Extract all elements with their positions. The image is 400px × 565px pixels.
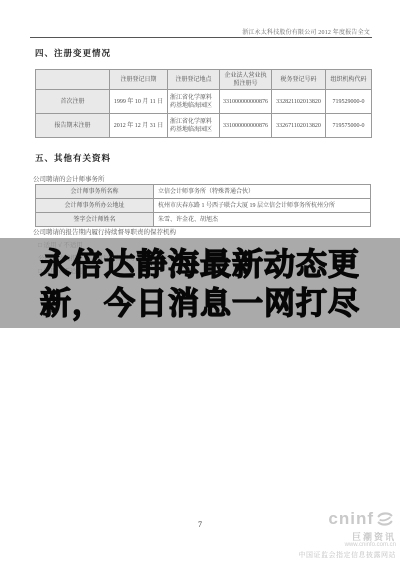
table-row: 首次注册 1999 年 10 月 11 日 浙江省化学原料药基地临海园区 331…: [36, 90, 372, 114]
column-header: 税务登记号码: [272, 70, 326, 90]
column-header: 注册登记日期: [110, 70, 168, 90]
table-cell: 1999 年 10 月 11 日: [110, 90, 168, 114]
banner-headline-line2: 新，今日消息一网打尽: [0, 285, 400, 323]
table-cell: 719529000-0: [326, 90, 372, 114]
row-label: 报告期末注册: [36, 114, 110, 138]
section5-title: 五、其他有关资料: [35, 152, 111, 164]
banner-headline-line1: 永倍达静海最新动态更: [0, 246, 400, 284]
cninfo-url: www.cninfo.com.cn: [345, 542, 396, 548]
section4-title: 四、注册变更情况: [35, 47, 111, 59]
cninfo-brand-text: cninf: [328, 509, 374, 529]
table-cell: 朱雪、许金花、胡旭杰: [154, 213, 371, 227]
row-label: 会计师事务所办公地址: [36, 199, 154, 213]
swirl-globe-icon: [376, 510, 394, 528]
column-header: 组织机构代码: [326, 70, 372, 90]
accounting-firm-label: 公司聘请的会计师事务所: [33, 174, 105, 183]
overlay-banner: □ 适用 √ 不适用 公司聘请的报告期内履行持续督导职责的财务顾问 □ 适用 √…: [0, 238, 400, 328]
table-header-row: 注册登记日期 注册登记地点 企业法人营业执照注册号 税务登记号码 组织机构代码: [36, 70, 372, 90]
cninfo-tagline: 中国证监会指定信息披露网站: [299, 550, 397, 560]
table-cell: 332671102013820: [272, 114, 326, 138]
sponsor-label: 公司聘请的报告期内履行持续督导职责的保荐机构: [33, 227, 176, 236]
table-row: 会计师事务所名称 立信会计师事务所（特殊普通合伙）: [36, 185, 371, 199]
table-cell: 719575000-0: [326, 114, 372, 138]
column-header: [36, 70, 110, 90]
table-cell: 332821102013820: [272, 90, 326, 114]
table-row: 会计师事务所办公地址 杭州市庆春东路 1 号西子联合大厦 19 层立信会计师事务…: [36, 199, 371, 213]
document-header: 浙江永太科技股份有限公司 2012 年度报告全文: [0, 27, 370, 36]
table-cell: 2012 年 12 月 31 日: [110, 114, 168, 138]
table-cell: 立信会计师事务所（特殊普通合伙）: [154, 185, 371, 199]
cninfo-watermark: cninf: [328, 509, 394, 529]
row-label: 签字会计师姓名: [36, 213, 154, 227]
table-cell: 331000000000876: [220, 114, 272, 138]
table-cell: 浙江省化学原料药基地临海园区: [168, 114, 220, 138]
accounting-firm-table: 会计师事务所名称 立信会计师事务所（特殊普通合伙） 会计师事务所办公地址 杭州市…: [35, 184, 371, 227]
column-header: 企业法人营业执照注册号: [220, 70, 272, 90]
table-row: 报告期末注册 2012 年 12 月 31 日 浙江省化学原料药基地临海园区 3…: [36, 114, 372, 138]
table-row: 签字会计师姓名 朱雪、许金花、胡旭杰: [36, 213, 371, 227]
table-cell: 杭州市庆春东路 1 号西子联合大厦 19 层立信会计师事务所杭州分所: [154, 199, 371, 213]
column-header: 注册登记地点: [168, 70, 220, 90]
table-cell: 331000000000876: [220, 90, 272, 114]
row-label: 会计师事务所名称: [36, 185, 154, 199]
registration-change-table: 注册登记日期 注册登记地点 企业法人营业执照注册号 税务登记号码 组织机构代码 …: [35, 69, 372, 138]
row-label: 首次注册: [36, 90, 110, 114]
table-cell: 浙江省化学原料药基地临海园区: [168, 90, 220, 114]
header-divider: [30, 37, 372, 38]
